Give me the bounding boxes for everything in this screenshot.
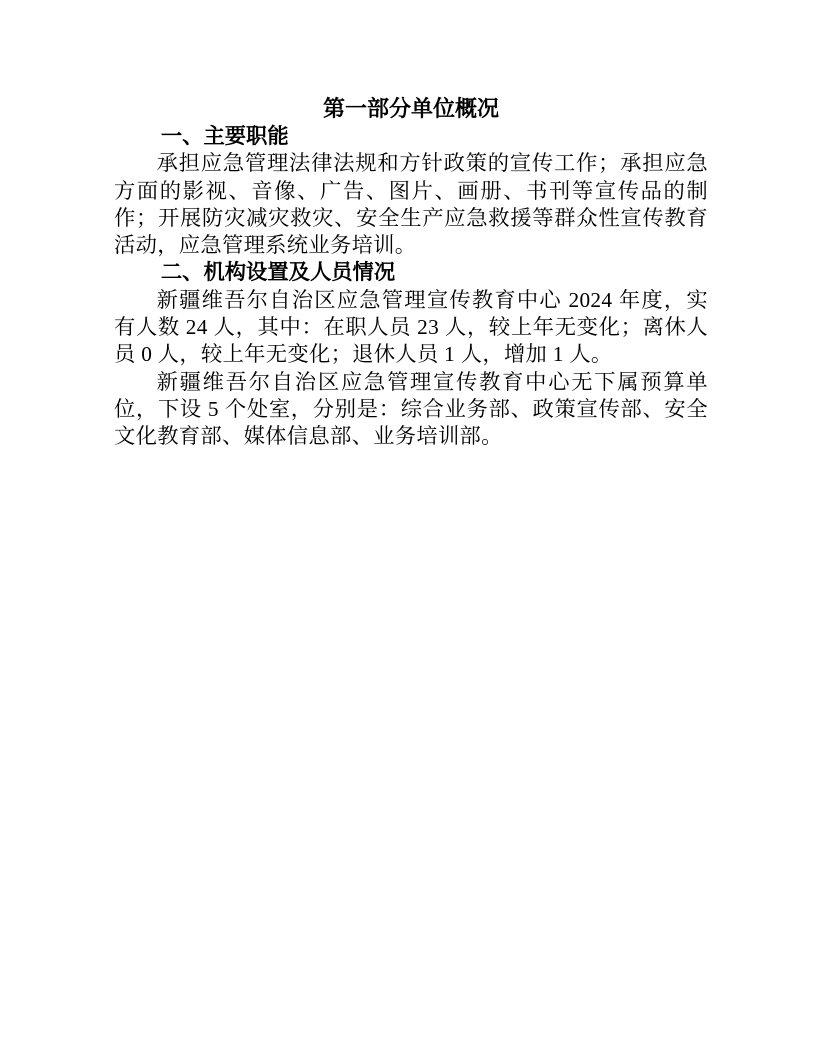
section-1-paragraph-1: 承担应急管理法律法规和方针政策的宣传工作；承担应急方面的影视、音像、广告、图片、… <box>114 150 708 259</box>
section-1-heading: 一、主要职能 <box>114 123 708 150</box>
document-content: 第一部分单位概况 一、主要职能 承担应急管理法律法规和方针政策的宣传工作；承担应… <box>114 95 708 451</box>
section-2-paragraph-1: 新疆维吾尔自治区应急管理宣传教育中心 2024 年度，实有人数 24 人，其中：… <box>114 287 708 369</box>
section-2-heading: 二、机构设置及人员情况 <box>114 259 708 286</box>
section-2-paragraph-2: 新疆维吾尔自治区应急管理宣传教育中心无下属预算单位，下设 5 个处室，分别是：综… <box>114 369 708 451</box>
document-page: 第一部分单位概况 一、主要职能 承担应急管理法律法规和方针政策的宣传工作；承担应… <box>0 0 816 1056</box>
document-title: 第一部分单位概况 <box>114 95 708 123</box>
